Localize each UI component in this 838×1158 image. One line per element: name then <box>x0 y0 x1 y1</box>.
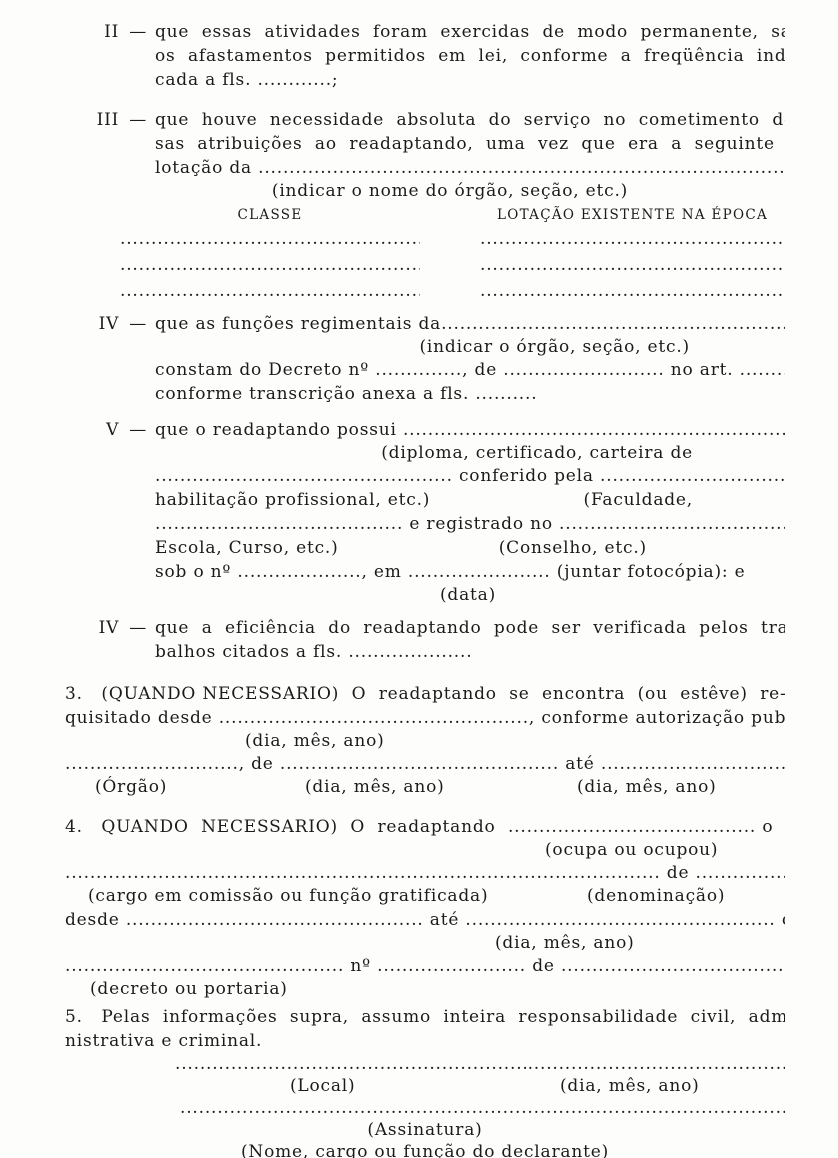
item-iii-body: que houve necessidade absoluta do serviç… <box>155 108 785 202</box>
table-row-2-classe: ........................................… <box>120 252 420 278</box>
item-iii-numeral: III <box>97 108 120 132</box>
paragraph-4-label-decreto: (decreto ou portaria) <box>90 978 288 1001</box>
form-paragraph-3: 3. (QUANDO NECESSARIO) O readaptando se … <box>65 682 785 799</box>
signature-local-date-line: ........................................… <box>175 1053 785 1075</box>
table-header-lotacao: LOTAÇÃO EXISTENTE NA ÉPOCA <box>480 204 785 226</box>
paragraph-3-label-date-1: (dia, mês, ano) <box>305 776 445 799</box>
signature-label-assinatura: (Assinatura) <box>65 1119 785 1141</box>
item-iv-dash: — <box>129 312 147 336</box>
item-v-line-3: habilitação profissional, etc.) (Faculda… <box>155 488 785 512</box>
paragraph-4-dotted-line-1: ........................................… <box>65 861 785 885</box>
paragraph-4-label-row-2: (decreto ou portaria) <box>65 978 785 1001</box>
paragraph-3-dotted-line: ............................, de .......… <box>65 752 785 776</box>
item-v-hint-habilitacao: habilitação profissional, etc.) <box>155 488 430 512</box>
signature-label-local: (Local) <box>290 1075 355 1097</box>
paragraph-5-line-2: nistrativa e criminal. <box>65 1029 785 1053</box>
signature-dotted-line: ........................................… <box>180 1097 785 1119</box>
item-v-line-2: ........................................… <box>155 464 785 488</box>
item-v-gutter: V — <box>65 418 155 606</box>
item-iii-line-2: sas atribuições ao readaptando, uma vez … <box>155 132 785 156</box>
item-v-line-6: sob o nº ...................., em ......… <box>155 560 785 584</box>
item-ii-dash: — <box>129 20 147 44</box>
paragraph-3-label-orgao: (Órgão) <box>95 776 167 799</box>
paragraph-3-line-2: quisitado desde ........................… <box>65 706 785 730</box>
item-v-numeral: V <box>106 418 119 442</box>
paragraph-5-line-1: 5. Pelas informações supra, assumo intei… <box>65 1005 785 1029</box>
signature-label-date: (dia, mês, ano) <box>560 1075 700 1097</box>
paragraph-4-line-desde: desde ..................................… <box>65 908 785 932</box>
form-item-v: V — que o readaptando possui ...........… <box>65 418 785 606</box>
table-row-3-lotacao: ........................................… <box>480 278 785 304</box>
item-iii-field-hint: (indicar o nome do órgão, seção, etc.) <box>155 180 785 202</box>
item-v-field-hint-data: (data) <box>155 584 785 606</box>
paragraph-4-label-denominacao: (denominação) <box>587 885 725 908</box>
classe-lotacao-table: CLASSE LOTAÇÃO EXISTENTE NA ÉPOCA ......… <box>120 204 785 304</box>
item-ii-line-1: que essas atividades foram exercidas de … <box>155 20 785 44</box>
item-ii-gutter: II — <box>65 20 155 92</box>
item-iv-gutter: IV — <box>65 312 155 406</box>
item-iv-field-hint: (indicar o órgão, seção, etc.) <box>155 336 785 358</box>
paragraph-4-hint-ocupa: (ocupa ou ocupou) <box>65 839 785 861</box>
table-row-1-lotacao: ........................................… <box>480 226 785 252</box>
item-iii-gutter: III — <box>65 108 155 202</box>
item-iv-line-3: conforme transcrição anexa a fls. ......… <box>155 382 785 406</box>
item-iv2-line-1: que a eficiência do readaptando pode ser… <box>155 616 785 640</box>
form-item-iv: IV — que as funções regimentais da......… <box>65 312 785 406</box>
form-paragraph-5: 5. Pelas informações supra, assumo intei… <box>65 1005 785 1053</box>
signature-local-dots: ........................................… <box>175 1053 528 1075</box>
item-iv-numeral: IV <box>99 312 120 336</box>
item-v-line-4: ........................................… <box>155 512 785 536</box>
item-v-field-hint-diploma: (diploma, certificado, carteira de <box>155 442 785 464</box>
form-item-ii: II — que essas atividades foram exercida… <box>65 20 785 92</box>
item-ii-body: que essas atividades foram exercidas de … <box>155 20 785 92</box>
table-row-3-classe: ........................................… <box>120 278 420 304</box>
item-iv-line-2: constam do Decreto nº .............., de… <box>155 358 785 382</box>
form-item-iv-second: IV — que a eficiência do readaptando pod… <box>65 616 785 664</box>
paragraph-4-line-1: 4. QUANDO NECESSARIO) O readaptando ....… <box>65 815 785 839</box>
item-iii-line-1: que houve necessidade absoluta do serviç… <box>155 108 785 132</box>
table-row-2-lotacao: ........................................… <box>480 252 785 278</box>
item-iv2-numeral: IV <box>99 616 120 640</box>
item-v-hint-escola: Escola, Curso, etc.) <box>155 536 339 560</box>
form-item-iii: III — que houve necessidade absoluta do … <box>65 108 785 202</box>
item-v-line-1: que o readaptando possui ...............… <box>155 418 785 442</box>
item-iv2-body: que a eficiência do readaptando pode ser… <box>155 616 785 664</box>
paragraph-3-hint-date: (dia, mês, ano) <box>65 730 785 752</box>
item-iv2-dash: — <box>129 616 147 640</box>
paragraph-4-dotted-line-2: ........................................… <box>65 954 785 978</box>
item-iii-dotted-field: lotação da .............................… <box>155 156 785 180</box>
item-v-hint-conselho: (Conselho, etc.) <box>499 536 647 560</box>
scanned-form-page: II — que essas atividades foram exercida… <box>0 0 838 1158</box>
signature-local-date-labels: (Local) (dia, mês, ano) <box>65 1075 785 1097</box>
item-ii-line-3: cada a fls. ............; <box>155 68 785 92</box>
paragraph-4-label-cargo: (cargo em comissão ou função gratificada… <box>88 885 488 908</box>
item-v-dash: — <box>129 418 147 442</box>
item-ii-line-2: os afastamentos permitidos em lei, confo… <box>155 44 785 68</box>
signature-date-dots: ........................................… <box>528 1053 785 1075</box>
paragraph-4-label-row-1: (cargo em comissão ou função gratificada… <box>65 885 785 908</box>
paragraph-4-hint-date: (dia, mês, ano) <box>65 932 785 954</box>
paragraph-3-label-row: (Órgão) (dia, mês, ano) (dia, mês, ano) <box>65 776 785 799</box>
item-ii-numeral: II <box>104 20 119 44</box>
table-row-1-classe: ........................................… <box>120 226 420 252</box>
signature-label-nome-cargo: (Nome, cargo ou função do declarante) <box>65 1141 785 1158</box>
signature-block: ........................................… <box>65 1053 785 1158</box>
item-v-line-5: Escola, Curso, etc.) (Conselho, etc.) <box>155 536 785 560</box>
table-header-classe: CLASSE <box>120 204 420 226</box>
item-iv2-gutter: IV — <box>65 616 155 664</box>
item-iv2-line-2: balhos citados a fls. ..................… <box>155 640 785 664</box>
item-v-hint-faculdade: (Faculdade, <box>584 488 693 512</box>
item-v-body: que o readaptando possui ...............… <box>155 418 785 606</box>
paragraph-3-line-1: 3. (QUANDO NECESSARIO) O readaptando se … <box>65 682 785 706</box>
item-iii-dash: — <box>129 108 147 132</box>
item-iv-body: que as funções regimentais da...........… <box>155 312 785 406</box>
paragraph-3-label-date-2: (dia, mês, ano) <box>577 776 717 799</box>
item-iv-line-1: que as funções regimentais da...........… <box>155 312 785 336</box>
form-paragraph-4: 4. QUANDO NECESSARIO) O readaptando ....… <box>65 815 785 1001</box>
